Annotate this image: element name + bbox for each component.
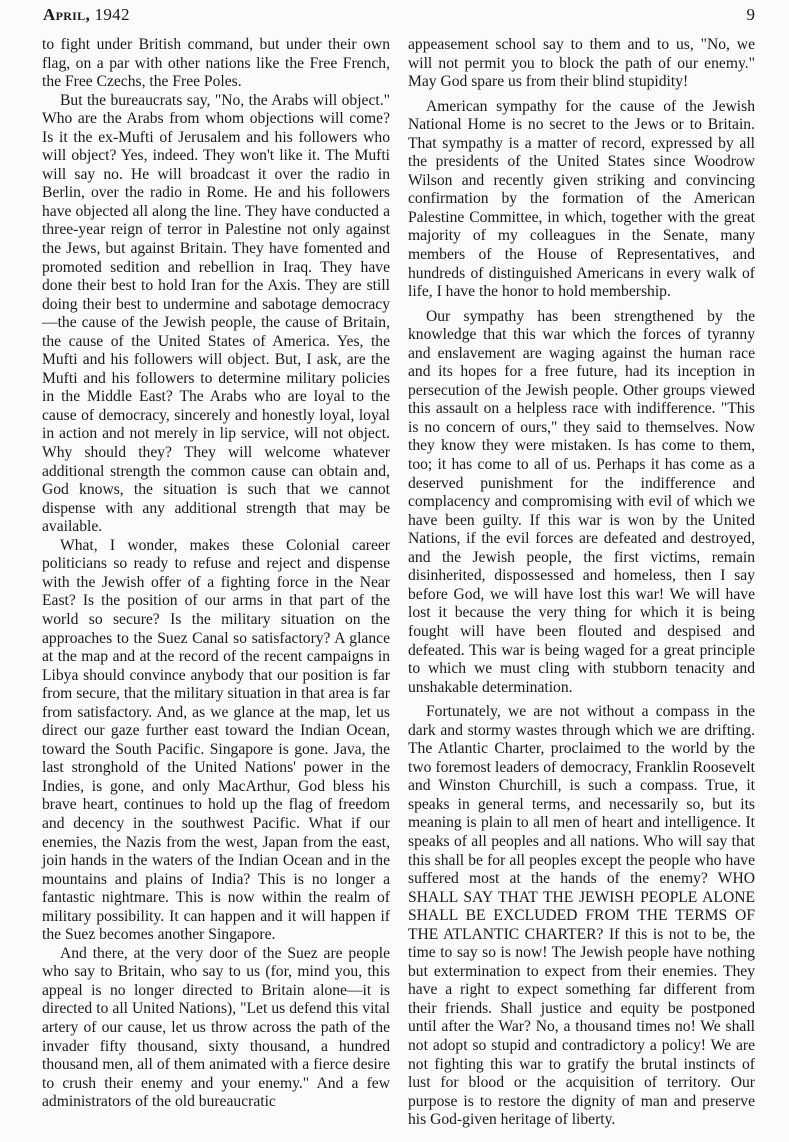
paragraph: Our sympathy has been strengthened by th…	[408, 308, 755, 697]
right-column: appeasement school say to them and to us…	[408, 36, 755, 1130]
issue-date: April, 1942	[43, 4, 130, 26]
page-number: 9	[747, 4, 756, 26]
paragraph: appeasement school say to them and to us…	[408, 36, 755, 92]
running-head: April, 1942 9	[43, 4, 755, 26]
paragraph: American sympathy for the cause of the J…	[408, 98, 755, 302]
issue-year: 1942	[95, 5, 130, 24]
paragraph: But the bureaucrats say, "No, the Arabs …	[42, 92, 390, 537]
left-column: to fight under British command, but unde…	[42, 36, 390, 1112]
paragraph: Fortunately, we are not without a compas…	[408, 703, 755, 1130]
issue-month: April,	[43, 5, 90, 24]
paragraph: to fight under British command, but unde…	[42, 36, 390, 92]
paragraph: What, I wonder, makes these Colonial car…	[42, 537, 390, 945]
paragraph: And there, at the very door of the Suez …	[42, 945, 390, 1112]
